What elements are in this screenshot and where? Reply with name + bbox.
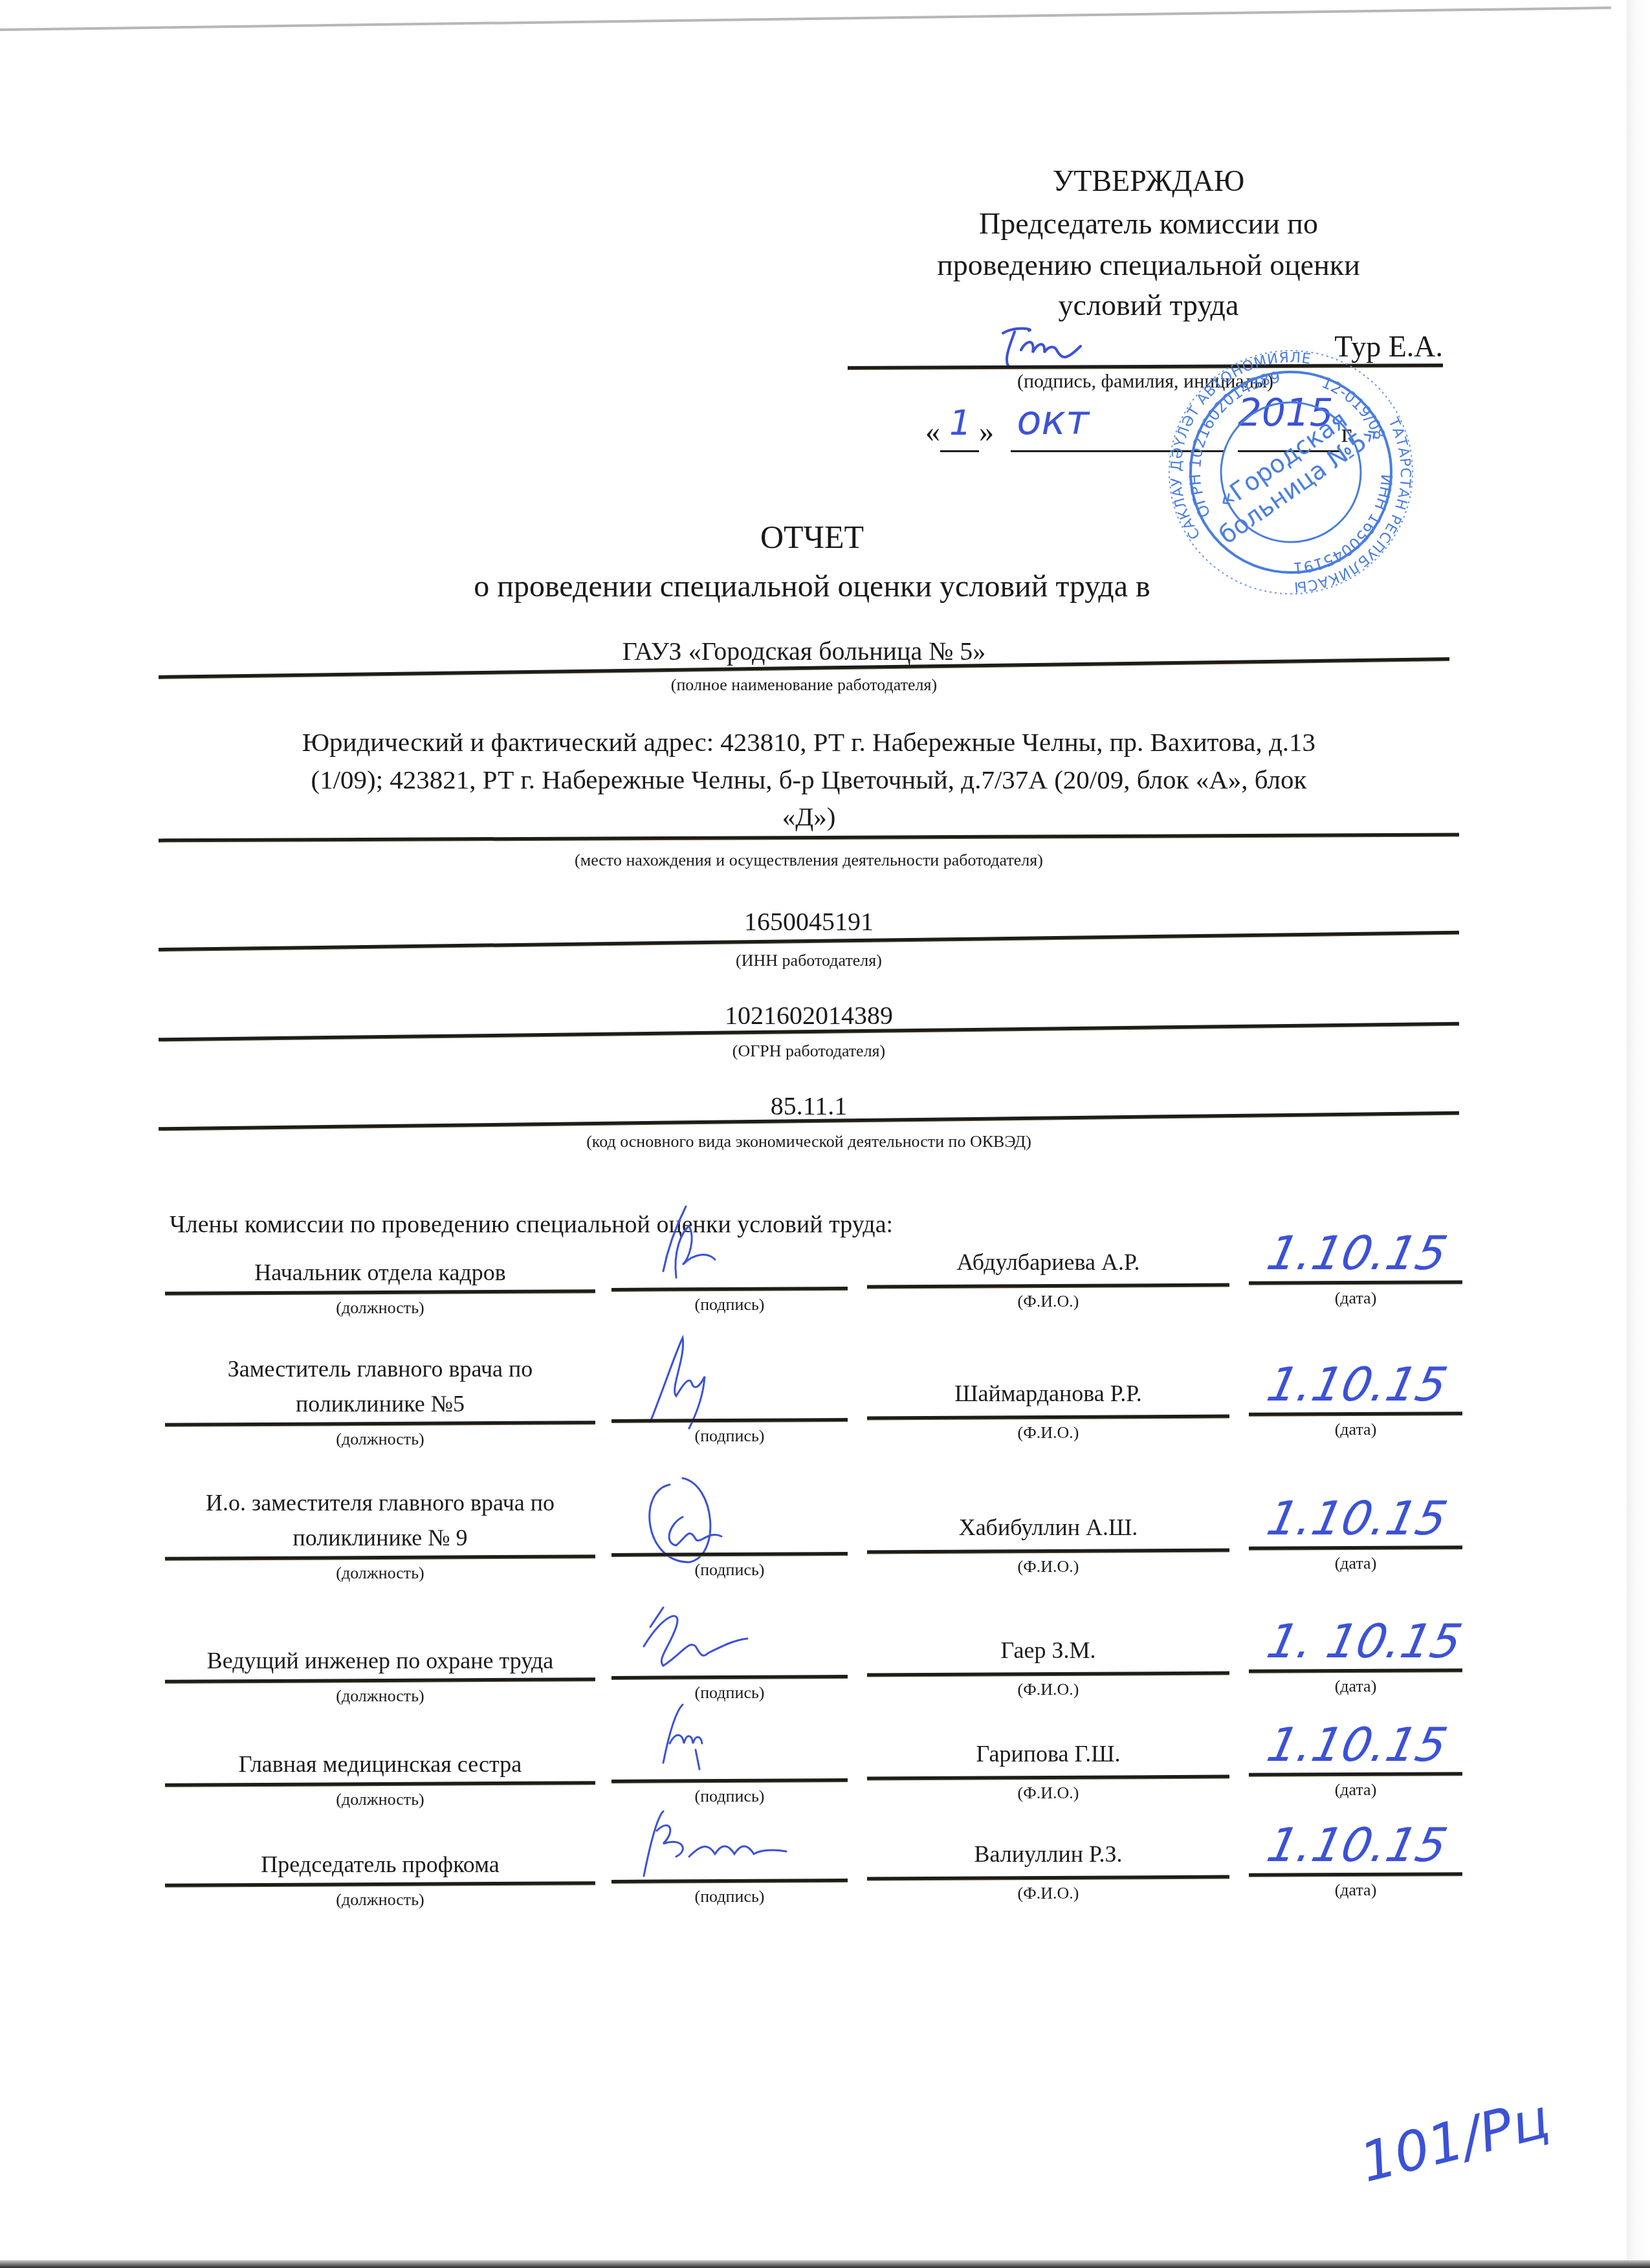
approval-title-line-3: условий труда xyxy=(848,287,1449,323)
organization-stamp: САКЛАУ ДӘҮЛӘТ АВТОНОМИЯЛЕ ТАТАРСТАН РЕСП… xyxy=(1165,346,1417,598)
approval-heading: УТВЕРЖДАЮ xyxy=(848,163,1449,199)
member-position-line: Заместитель главного врача по xyxy=(165,1355,595,1383)
date-day-field: 1 xyxy=(940,414,979,452)
okved-caption: (код основного вида экономической деятел… xyxy=(159,1132,1459,1151)
address-line-3: «Д») xyxy=(159,800,1459,833)
member-signature-line xyxy=(611,1778,848,1783)
scan-right-edge xyxy=(1627,0,1650,2268)
member-date-handwritten: 1.10.15 xyxy=(1262,1491,1452,1545)
member-position-caption: (должность) xyxy=(165,1790,595,1809)
member-name: Шаймарданова Р.Р. xyxy=(867,1379,1229,1408)
address-line-1: Юридический и фактический адрес: 423810,… xyxy=(159,726,1459,758)
member-position-line xyxy=(165,1554,595,1560)
date-close-quote: » xyxy=(979,415,994,448)
member-name-line xyxy=(867,1549,1229,1554)
member-date-caption: (дата) xyxy=(1249,1554,1462,1573)
member-date-handwritten: 1.10.15 xyxy=(1262,1357,1452,1412)
member-name-line xyxy=(867,1775,1229,1780)
member-position-line: И.о. заместителя главного врача по xyxy=(165,1488,595,1517)
member-signature xyxy=(624,1588,799,1698)
member-date-handwritten: 1. 10.15 xyxy=(1262,1614,1467,1668)
member-position-line: Ведущий инженер по охране труда xyxy=(165,1646,595,1675)
member-date-caption: (дата) xyxy=(1249,1289,1462,1308)
date-day: 1 xyxy=(949,405,971,441)
member-signature xyxy=(624,1331,799,1441)
member-signature-line xyxy=(611,1675,848,1679)
report-subtitle: о проведении специальной оценки условий … xyxy=(149,568,1475,605)
member-name-caption: (Ф.И.О.) xyxy=(867,1557,1229,1576)
member-name-line xyxy=(867,1283,1229,1289)
member-position-line: Председатель профкома xyxy=(165,1850,595,1879)
member-name: Гарипова Г.Ш. xyxy=(867,1739,1229,1768)
member-date-handwritten: 1.10.15 xyxy=(1262,1818,1452,1872)
member-name: Валиуллин Р.З. xyxy=(867,1840,1229,1868)
member-name-caption: (Ф.И.О.) xyxy=(867,1680,1229,1699)
member-date-line xyxy=(1249,1668,1462,1673)
member-date-line xyxy=(1249,1412,1462,1416)
member-position-line: Главная медицинская сестра xyxy=(165,1750,595,1778)
member-position-line xyxy=(165,1781,595,1786)
member-position-line xyxy=(165,1677,595,1683)
address-line xyxy=(159,833,1459,842)
member-position-line xyxy=(165,1289,595,1294)
member-signature xyxy=(624,1692,799,1802)
member-date-line xyxy=(1249,1545,1462,1550)
member-name-line xyxy=(867,1415,1229,1420)
scan-top-edge xyxy=(0,6,1611,31)
member-date-line xyxy=(1249,1872,1462,1877)
member-name: Хабибуллин А.Ш. xyxy=(867,1513,1229,1542)
handwritten-page-note: 101/Рц xyxy=(1354,2087,1556,2195)
address-line-2: (1/09); 423821, РТ г. Набережные Челны, … xyxy=(159,763,1459,796)
report-title: ОТЧЕТ xyxy=(149,518,1475,556)
okved-value: 85.11.1 xyxy=(159,1090,1459,1122)
date-open-quote: « xyxy=(925,415,940,448)
member-name-caption: (Ф.И.О.) xyxy=(867,1884,1229,1903)
member-date-line xyxy=(1249,1280,1462,1285)
member-position-caption: (должность) xyxy=(165,1564,595,1583)
member-date-caption: (дата) xyxy=(1249,1677,1462,1696)
date-month: окт xyxy=(1017,402,1090,439)
member-signature xyxy=(624,1200,799,1310)
member-name-caption: (Ф.И.О.) xyxy=(867,1292,1229,1311)
member-name-line xyxy=(867,1672,1229,1677)
member-signature xyxy=(624,1465,799,1575)
member-signature xyxy=(624,1792,799,1902)
member-position-line: поликлинике № 9 xyxy=(165,1523,595,1552)
member-name-line xyxy=(867,1875,1229,1881)
member-signature-line xyxy=(611,1287,848,1291)
member-signature-caption: (подпись) xyxy=(611,1295,848,1314)
member-name-caption: (Ф.И.О.) xyxy=(867,1783,1229,1803)
member-position-caption: (должность) xyxy=(165,1430,595,1449)
member-signature-line xyxy=(611,1552,848,1556)
member-signature-caption: (подпись) xyxy=(611,1560,848,1580)
member-date-line xyxy=(1249,1772,1462,1776)
ogrn-caption: (ОГРН работодателя) xyxy=(159,1041,1459,1061)
inn-caption: (ИНН работодателя) xyxy=(159,951,1459,970)
member-name: Абдулбариева А.Р. xyxy=(867,1248,1229,1276)
member-date-caption: (дата) xyxy=(1249,1881,1462,1900)
member-signature-caption: (подпись) xyxy=(611,1887,848,1906)
member-position-line xyxy=(165,1421,595,1426)
member-date-caption: (дата) xyxy=(1249,1420,1462,1439)
member-position-caption: (должность) xyxy=(165,1298,595,1318)
member-position-caption: (должность) xyxy=(165,1890,595,1910)
member-date-handwritten: 1.10.15 xyxy=(1262,1226,1452,1280)
member-name: Гаер З.М. xyxy=(867,1636,1229,1664)
member-position-line xyxy=(165,1881,595,1886)
member-date-handwritten: 1.10.15 xyxy=(1262,1717,1452,1772)
member-position-caption: (должность) xyxy=(165,1686,595,1706)
employer-name-caption: (полное наименование работодателя) xyxy=(159,675,1449,695)
member-name-caption: (Ф.И.О.) xyxy=(867,1423,1229,1443)
address-caption: (место нахождения и осуществления деятел… xyxy=(159,851,1459,870)
member-position-line: Начальник отдела кадров xyxy=(165,1258,595,1287)
member-date-caption: (дата) xyxy=(1249,1780,1462,1800)
approval-title-line-2: проведению специальной оценки xyxy=(848,247,1449,283)
member-position-line: поликлинике №5 xyxy=(165,1390,595,1418)
member-signature-line xyxy=(611,1418,848,1423)
member-signature-line xyxy=(611,1879,848,1883)
member-signature-caption: (подпись) xyxy=(611,1426,848,1446)
approval-title-line-1: Председатель комиссии по xyxy=(848,206,1449,242)
scan-bottom-edge xyxy=(0,2260,1650,2268)
